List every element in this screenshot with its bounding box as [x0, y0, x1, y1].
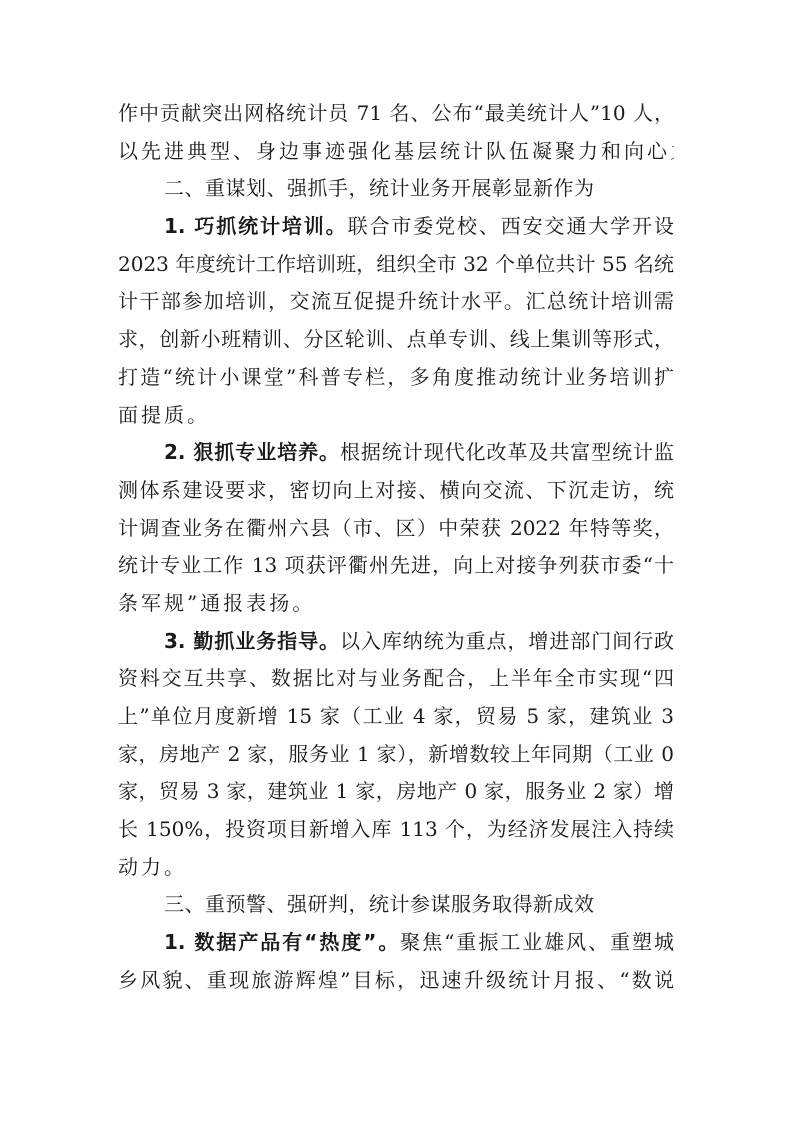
paragraph-line: 条军规”通报表扬。 [118, 585, 674, 623]
paragraph-line: 资料交互共享、数据比对与业务配合，上半年全市实现“四 [118, 660, 674, 698]
paragraph-line: 家，贸易 3 家，建筑业 1 家，房地产 0 家，服务业 2 家）增 [118, 773, 674, 811]
paragraph-line: 上”单位月度新增 15 家（工业 4 家，贸易 5 家，建筑业 3 [118, 698, 674, 736]
paragraph-line: 面提质。 [118, 397, 674, 435]
subsection-title: 2. 狠抓专业培养。 [164, 440, 340, 464]
subsection-line: 3. 勤抓业务指导。以入库纳统为重点，增进部门间行政 [118, 623, 674, 661]
paragraph-line: 计干部参加培训，交流互促提升统计水平。汇总统计培训需 [118, 283, 674, 321]
paragraph-line: 乡风貌、重现旅游辉煌”目标，迅速升级统计月报、“数说 [118, 962, 674, 1000]
paragraph-text: 以入库纳统为重点，增进部门间行政 [340, 629, 674, 653]
paragraph-text: 联合市委党校、西安交通大学开设 [348, 214, 674, 238]
paragraph-line: 以先进典型、身边事迹强化基层统计队伍凝聚力和向心力。 [118, 133, 674, 171]
paragraph-line: 打造“统计小课堂”科普专栏，多角度推动统计业务培训扩 [118, 359, 674, 397]
section-heading-3: 三、重预警、强研判，统计参谋服务取得新成效 [118, 886, 674, 924]
section-heading-2: 二、重谋划、强抓手，统计业务开展彰显新作为 [118, 170, 674, 208]
paragraph-text: 聚焦“重振工业雄风、重塑城 [400, 930, 674, 954]
paragraph-line: 家，房地产 2 家，服务业 1 家），新增数较上年同期（工业 0 [118, 736, 674, 774]
paragraph-line: 2023 年度统计工作培训班，组织全市 32 个单位共计 55 名统 [118, 246, 674, 284]
subsection-line: 1. 数据产品有“热度”。聚焦“重振工业雄风、重塑城 [118, 924, 674, 962]
paragraph-line: 测体系建设要求，密切向上对接、横向交流、下沉走访，统 [118, 472, 674, 510]
subsection-title: 1. 数据产品有“热度”。 [164, 930, 400, 954]
paragraph-line: 统计专业工作 13 项获评衢州先进，向上对接争列获市委“十 [118, 547, 674, 585]
subsection-line: 1. 巧抓统计培训。联合市委党校、西安交通大学开设 [118, 208, 674, 246]
subsection-title: 3. 勤抓业务指导。 [164, 629, 340, 653]
paragraph-text: 根据统计现代化改革及共富型统计监 [340, 440, 674, 464]
paragraph-line: 动力。 [118, 849, 674, 887]
paragraph-line: 作中贡献突出网格统计员 71 名、公布“最美统计人”10 人， [118, 95, 674, 133]
paragraph-line: 计调查业务在衢州六县（市、区）中荣获 2022 年特等奖， [118, 510, 674, 548]
document-page: 作中贡献突出网格统计员 71 名、公布“最美统计人”10 人， 以先进典型、身边… [118, 95, 674, 1000]
paragraph-line: 长 150%，投资项目新增入库 113 个，为经济发展注入持续 [118, 811, 674, 849]
paragraph-line: 求，创新小班精训、分区轮训、点单专训、线上集训等形式， [118, 321, 674, 359]
subsection-title: 1. 巧抓统计培训。 [164, 214, 348, 238]
subsection-line: 2. 狠抓专业培养。根据统计现代化改革及共富型统计监 [118, 434, 674, 472]
